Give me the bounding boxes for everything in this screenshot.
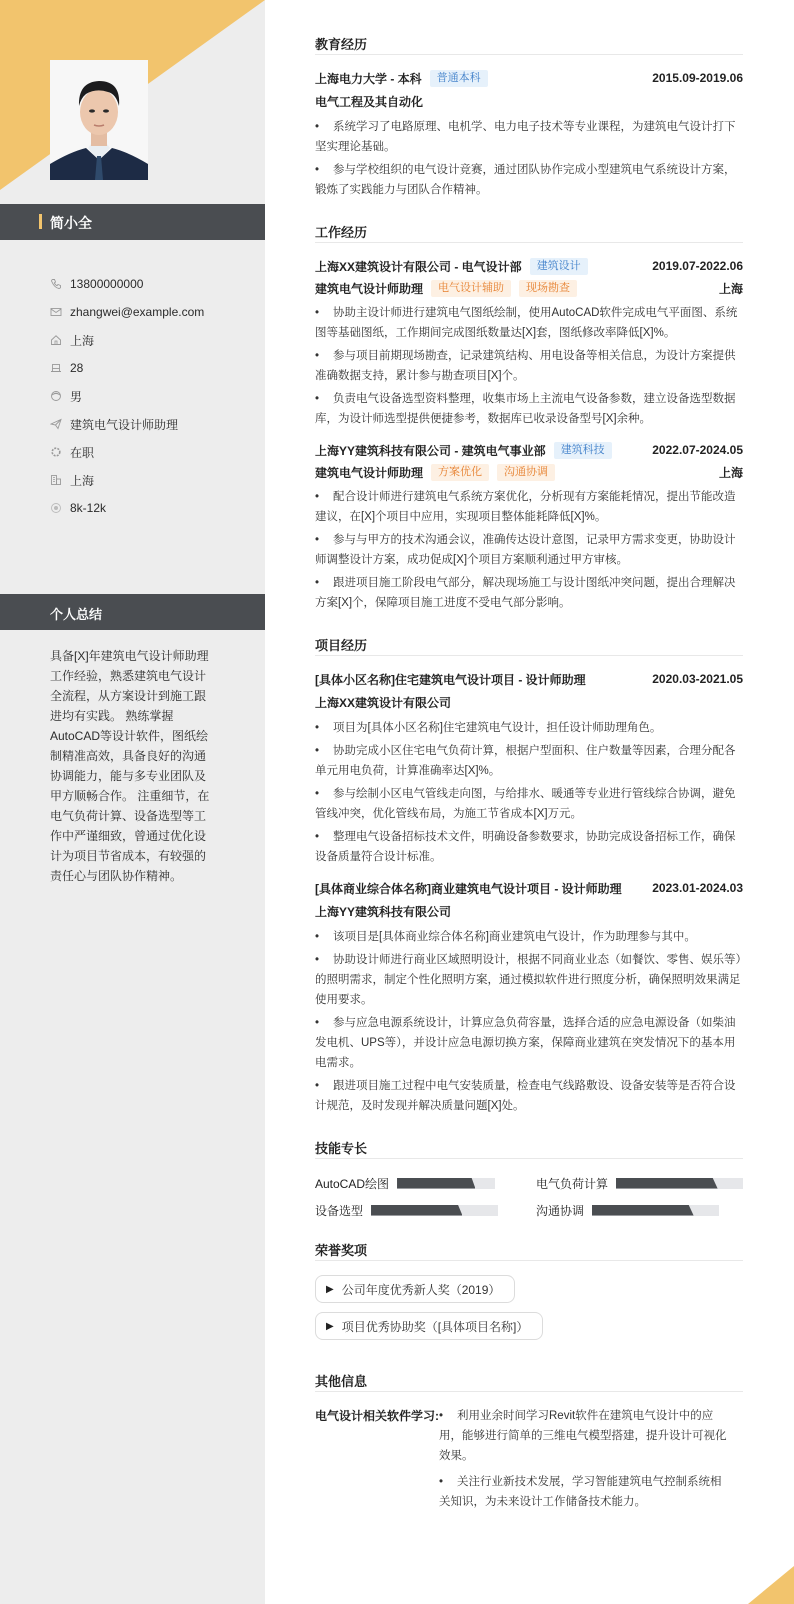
industry-tag: 建筑科技 <box>554 442 612 459</box>
section-title: 项目经历 <box>315 631 743 656</box>
work-location: 上海 <box>719 464 743 481</box>
age-icon <box>50 362 62 374</box>
skill-label: AutoCAD绘图 <box>315 1175 389 1192</box>
other-section: 其他信息 电气设计相关软件学习: •利用业余时间学习Revit软件在建筑电气设计… <box>315 1367 743 1518</box>
education-period: 2015.09-2019.06 <box>652 71 743 85</box>
summary-title: 个人总结 <box>50 604 102 623</box>
contact-position: 建筑电气设计师助理 <box>50 410 204 438</box>
company-name: 上海XX建筑设计有限公司 - 电气设计部 <box>315 258 522 275</box>
education-bullets: •系统学习了电路原理、电机学、电力电子技术等专业课程，为建筑电气设计打下坚实理论… <box>315 117 743 200</box>
skill-bar-fill <box>616 1178 718 1189</box>
mail-icon <box>50 306 62 318</box>
status-icon <box>50 446 62 458</box>
gender-icon <box>50 390 62 402</box>
skill-label: 设备选型 <box>315 1202 363 1219</box>
work-location: 上海 <box>719 280 743 297</box>
skills-section: 技能专长 AutoCAD绘图 电气负荷计算 设备选型 沟通协调 <box>315 1134 743 1218</box>
list-item: •该项目是[具体商业综合体名称]商业建筑电气设计，作为助理参与其中。 <box>315 927 743 947</box>
skill-item: 电气负荷计算 <box>536 1175 743 1191</box>
major: 电气工程及其自动化 <box>315 89 743 113</box>
location-value: 上海 <box>70 332 94 349</box>
avatar-photo <box>50 60 148 180</box>
award-item[interactable]: ▶ 公司年度优秀新人奖（2019） <box>315 1275 515 1303</box>
name-header: 简小全 <box>0 204 265 240</box>
work-entry: 上海XX建筑设计有限公司 - 电气设计部 建筑设计 2019.07-2022.0… <box>315 255 743 429</box>
list-item: •整理电气设备招标技术文件，明确设备参数要求，协助完成设备招标工作，确保设备质量… <box>315 827 743 867</box>
job-role: 建筑电气设计师助理 <box>315 280 423 297</box>
list-item: •配合设计师进行建筑电气系统方案优化，分析现有方案能耗情况，提出节能改造建议，在… <box>315 487 743 527</box>
skill-tag: 方案优化 <box>431 464 489 481</box>
work-entry: 上海YY建筑科技有限公司 - 建筑电气事业部 建筑科技 2022.07-2024… <box>315 439 743 613</box>
work-period: 2019.07-2022.06 <box>652 259 743 273</box>
contact-work-city: 上海 <box>50 466 204 494</box>
project-name: [具体小区名称]住宅建筑电气设计项目 - 设计师助理 <box>315 671 586 688</box>
sidebar: 简小全 13800000000 zhangwei@example.com 上海 … <box>0 0 265 1604</box>
section-title: 其他信息 <box>315 1367 743 1392</box>
home-icon <box>50 334 62 346</box>
school-name: 上海电力大学 - 本科 <box>315 70 422 87</box>
skill-item: AutoCAD绘图 <box>315 1175 518 1191</box>
section-title: 教育经历 <box>315 30 743 55</box>
project-entry: [具体小区名称]住宅建筑电气设计项目 - 设计师助理 2020.03-2021.… <box>315 668 743 867</box>
salary-icon <box>50 502 62 514</box>
list-item: •参与应急电源系统设计，计算应急负荷容量，选择合适的应急电源设备（如柴油发电机、… <box>315 1013 743 1073</box>
company-name: 上海YY建筑科技有限公司 - 建筑电气事业部 <box>315 442 546 459</box>
education-section: 教育经历 上海电力大学 - 本科 普通本科 2015.09-2019.06 电气… <box>315 30 743 200</box>
education-header-row: 上海电力大学 - 本科 普通本科 2015.09-2019.06 <box>315 67 743 89</box>
project-name: [具体商业综合体名称]商业建筑电气设计项目 - 设计师助理 <box>315 880 622 897</box>
skill-tag: 沟通协调 <box>497 464 555 481</box>
summary-text: 具备[X]年建筑电气设计师助理工作经验，熟悉建筑电气设计全流程，从方案设计到施工… <box>50 646 215 886</box>
work-period: 2022.07-2024.05 <box>652 443 743 457</box>
contact-age: 28 <box>50 354 204 382</box>
project-period: 2020.03-2021.05 <box>652 672 743 686</box>
decorative-corner-triangle <box>748 1566 794 1604</box>
age-value: 28 <box>70 361 83 375</box>
position-value: 建筑电气设计师助理 <box>70 416 178 433</box>
gender-value: 男 <box>70 388 82 405</box>
list-item: •协助完成小区住宅电气负荷计算，根据户型面积、住户数量等因素，合理分配各单元用电… <box>315 741 743 781</box>
status-value: 在职 <box>70 444 94 461</box>
other-label: 电气设计相关软件学习: <box>315 1406 439 1518</box>
salary-value: 8k-12k <box>70 501 106 515</box>
list-item: •关注行业新技术发展，学习智能建筑电气控制系统相关知识，为未来设计工作储备技术能… <box>439 1472 729 1512</box>
skill-bar <box>371 1205 498 1216</box>
list-item: •跟进项目施工过程中电气安装质量，检查电气线路敷设、设备安装等是否符合设计规范，… <box>315 1076 743 1116</box>
list-item: •参与绘制小区电气管线走向图，与给排水、暖通等专业进行管线综合协调，避免管线冲突… <box>315 784 743 824</box>
contact-phone: 13800000000 <box>50 270 204 298</box>
main-content: 教育经历 上海电力大学 - 本科 普通本科 2015.09-2019.06 电气… <box>315 30 743 1536</box>
projects-section: 项目经历 [具体小区名称]住宅建筑电气设计项目 - 设计师助理 2020.03-… <box>315 631 743 1116</box>
award-item[interactable]: ▶ 项目优秀协助奖（[具体项目名称]） <box>315 1312 543 1340</box>
contact-gender: 男 <box>50 382 204 410</box>
contact-location: 上海 <box>50 326 204 354</box>
skill-label: 沟通协调 <box>536 1202 584 1219</box>
skill-tag: 现场勘查 <box>519 280 577 297</box>
skills-grid: AutoCAD绘图 电气负荷计算 设备选型 沟通协调 <box>315 1171 743 1218</box>
send-icon <box>50 418 62 430</box>
project-entry: [具体商业综合体名称]商业建筑电气设计项目 - 设计师助理 2023.01-20… <box>315 877 743 1116</box>
list-item: •负责电气设备选型资料整理，收集市场上主流电气设备参数，建立设备选型数据库，为设… <box>315 389 743 429</box>
phone-icon <box>50 278 62 290</box>
skill-item: 设备选型 <box>315 1202 518 1218</box>
skill-bar <box>592 1205 719 1216</box>
skill-bar-fill <box>592 1205 694 1216</box>
skill-bar <box>616 1178 743 1189</box>
list-item: •系统学习了电路原理、电机学、电力电子技术等专业课程，为建筑电气设计打下坚实理论… <box>315 117 743 157</box>
degree-tag: 普通本科 <box>430 70 488 87</box>
industry-tag: 建筑设计 <box>530 258 588 275</box>
skill-tag: 电气设计辅助 <box>431 280 511 297</box>
skill-bar-fill <box>371 1205 462 1216</box>
email-value: zhangwei@example.com <box>70 305 204 319</box>
building-icon <box>50 474 62 486</box>
list-item: •参与项目前期现场勘查，记录建筑结构、用电设备等相关信息，为设计方案提供准确数据… <box>315 346 743 386</box>
project-company: 上海XX建筑设计有限公司 <box>315 690 743 714</box>
triangle-right-icon: ▶ <box>326 1284 334 1295</box>
skill-bar-fill <box>397 1178 475 1189</box>
contact-salary: 8k-12k <box>50 494 204 522</box>
list-item: •参与与甲方的技术沟通会议，准确传达设计意图，记录甲方需求变更，协助设计师调整设… <box>315 530 743 570</box>
project-company: 上海YY建筑科技有限公司 <box>315 899 743 923</box>
section-title: 工作经历 <box>315 218 743 243</box>
list-item: •跟进项目施工阶段电气部分，解决现场施工与设计图纸冲突问题，提出合理解决方案[X… <box>315 573 743 613</box>
candidate-name: 简小全 <box>50 213 92 233</box>
project-period: 2023.01-2024.03 <box>652 881 743 895</box>
contact-list: 13800000000 zhangwei@example.com 上海 28 男… <box>50 270 204 522</box>
list-item: •协助设计师进行商业区域照明设计，根据不同商业业态（如餐饮、零售、娱乐等）的照明… <box>315 950 743 1010</box>
skill-bar <box>397 1178 495 1189</box>
section-title: 荣誉奖项 <box>315 1236 743 1261</box>
phone-value: 13800000000 <box>70 277 143 291</box>
section-title: 技能专长 <box>315 1134 743 1159</box>
summary-header: 个人总结 <box>0 594 265 630</box>
work-section: 工作经历 上海XX建筑设计有限公司 - 电气设计部 建筑设计 2019.07-2… <box>315 218 743 613</box>
list-item: •协助主设计师进行建筑电气图纸绘制，使用AutoCAD软件完成电气平面图、系统图… <box>315 303 743 343</box>
job-role: 建筑电气设计师助理 <box>315 464 423 481</box>
list-item: •项目为[具体小区名称]住宅建筑电气设计，担任设计师助理角色。 <box>315 718 743 738</box>
skill-label: 电气负荷计算 <box>536 1175 608 1192</box>
triangle-right-icon: ▶ <box>326 1321 334 1332</box>
name-accent-marker <box>39 214 42 229</box>
list-item: •参与学校组织的电气设计竞赛，通过团队协作完成小型建筑电气系统设计方案，锻炼了实… <box>315 160 743 200</box>
contact-status: 在职 <box>50 438 204 466</box>
skill-item: 沟通协调 <box>536 1202 743 1218</box>
work-city-value: 上海 <box>70 472 94 489</box>
awards-section: 荣誉奖项 ▶ 公司年度优秀新人奖（2019） ▶ 项目优秀协助奖（[具体项目名称… <box>315 1236 743 1349</box>
contact-email: zhangwei@example.com <box>50 298 204 326</box>
list-item: •利用业余时间学习Revit软件在建筑电气设计中的应用，能够进行简单的三维电气模… <box>439 1406 729 1466</box>
